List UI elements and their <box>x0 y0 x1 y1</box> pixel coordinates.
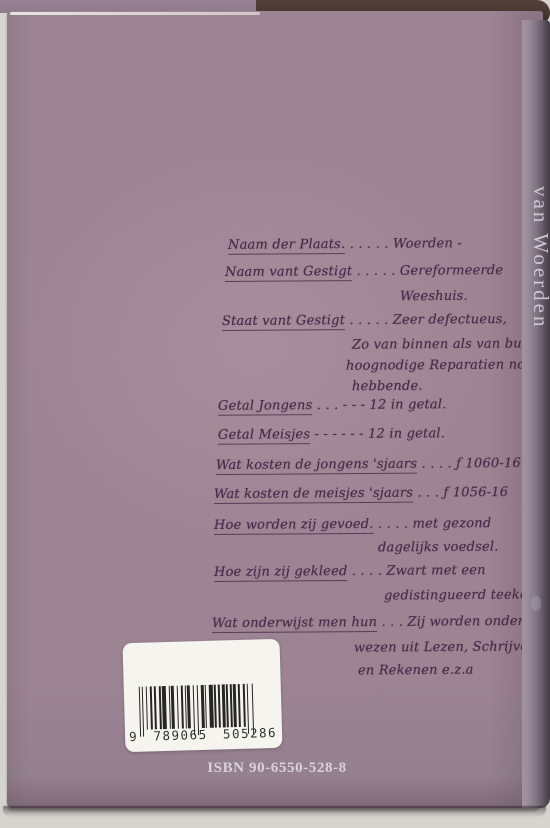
isbn-text: ISBN 90-6550-528-8 <box>117 760 437 777</box>
manuscript-line: Getal Jongens . . . - - - 12 in getal. <box>218 397 447 414</box>
manuscript-line: Hoe worden zij gevoed. . . . . met gezon… <box>214 516 491 533</box>
barcode-digit-group-2: 505286 <box>223 725 278 742</box>
back-cover: Naam der Plaats. . . . . . Woerden -Naam… <box>7 11 543 808</box>
manuscript-line: Zo van binnen als van buiten <box>352 336 548 352</box>
manuscript-line: en Rekenen e.z.a <box>358 663 474 679</box>
spine-faint-mark <box>531 596 541 611</box>
manuscript-line: Hoe zijn zij gekleed . . . . Zwart met e… <box>214 563 486 580</box>
manuscript-line: Wat kosten de jongens 'sjaars . . . . ƒ … <box>216 456 525 473</box>
manuscript-line: Naam der Plaats. . . . . . Woerden - <box>228 236 462 253</box>
barcode-digits: 9 789065 505286 <box>129 725 277 744</box>
spine-title: van Woerden <box>528 186 550 329</box>
cover-top-highlight <box>10 12 260 15</box>
manuscript-line: Getal Meisjes - - - - - - 12 in getal. <box>218 426 445 443</box>
manuscript-line: wezen uit Lezen, Schrijven <box>354 639 537 655</box>
manuscript-line: Wat onderwijst men hun . . . Zij worden … <box>212 614 529 631</box>
manuscript-line: Weeshuis. <box>400 289 468 304</box>
book-bottom-shadow <box>3 806 546 817</box>
barcode-sticker: 9 789065 505286 <box>123 639 283 752</box>
manuscript-line: Naam vant Gestigt . . . . . Gereformeerd… <box>225 263 503 280</box>
manuscript-line: hebbende. <box>352 379 423 394</box>
manuscript-line: Wat kosten de meisjes 'sjaars . . . ƒ 10… <box>214 485 508 502</box>
manuscript-line: gedistingueerd teeken. <box>384 587 541 603</box>
manuscript-line: Staat vant Gestigt . . . . . Zeer defect… <box>222 312 507 329</box>
book-back-cover-photo: Naam der Plaats. . . . . . Woerden -Naam… <box>0 0 550 828</box>
book-spine: van Woerden <box>522 20 550 808</box>
barcode-digit-group-1: 789065 <box>153 727 208 744</box>
manuscript-line: hoognodige Reparatien nodig <box>346 357 547 373</box>
barcode-digit-left: 9 <box>129 729 138 744</box>
manuscript-line: dagelijks voedsel. <box>378 540 499 556</box>
